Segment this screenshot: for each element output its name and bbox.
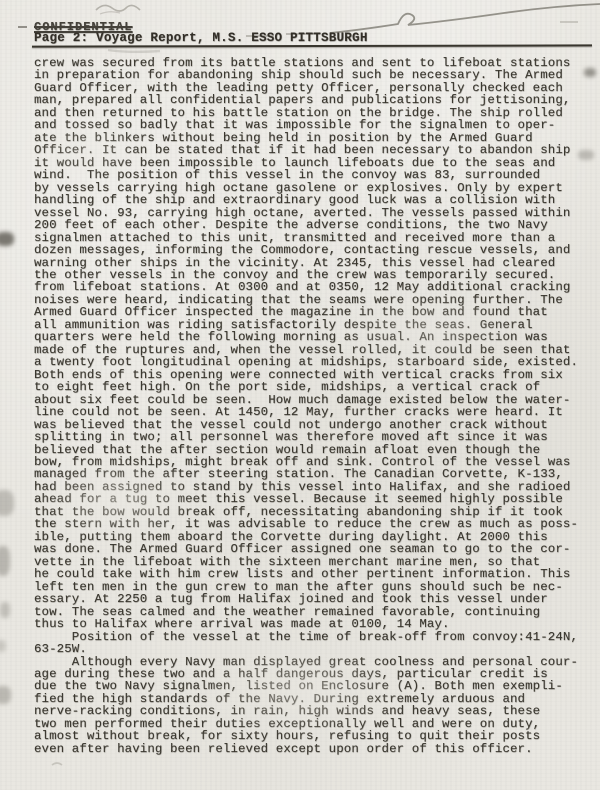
- edge-smudge: [0, 640, 6, 652]
- report-body-text: crew was secured from its battle station…: [34, 57, 594, 755]
- header-underline-rule: [32, 44, 592, 47]
- edge-smudge: [0, 686, 11, 704]
- scanned-document-page: CONFIDENTIAL Page 2: Voyage Report, M.S.…: [0, 0, 600, 790]
- edge-smudge: [0, 602, 10, 618]
- edge-smudge: [0, 490, 14, 516]
- page-header-title: Page 2: Voyage Report, M.S. ESSO PITTSBU…: [34, 31, 368, 45]
- edge-smudge: [0, 546, 10, 576]
- edge-smudge: [0, 232, 14, 246]
